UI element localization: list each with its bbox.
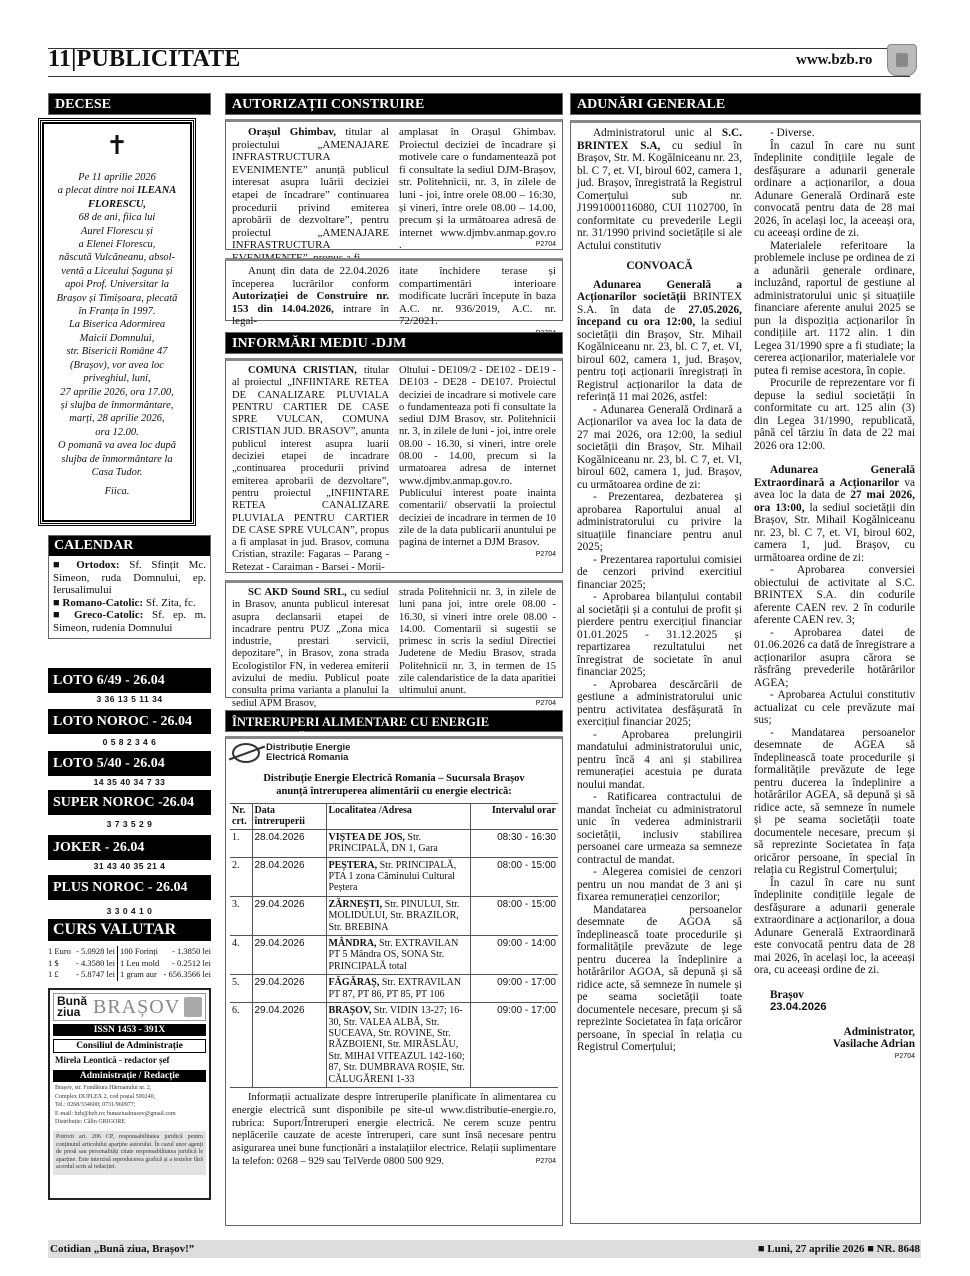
rate-row: 1 Leu mold- 0.2512 lei	[120, 958, 211, 970]
obituary-line: apoi Prof. Universitar la	[49, 278, 185, 291]
signer-title: Administrator,	[844, 1026, 915, 1038]
obituary-line: slujba de înmormântare la	[49, 453, 185, 466]
lotto-540-header: LOTO 5/40 - 26.04	[48, 751, 211, 776]
obituary-signature: Fiica.	[49, 485, 185, 498]
table-row: 3.29.04.2026ZĂRNEȘTI, Str. PINULUI, Str.…	[230, 896, 558, 935]
place: Brașov	[770, 989, 804, 1001]
rate-row: 1 £- 5.8747 lei	[48, 969, 115, 981]
obituary-line: ora 12.00.	[49, 426, 185, 439]
exchange-rates-table: 1 Euro- 5.0928 lei 1 $- 4.3580 lei 1 £- …	[48, 946, 211, 981]
table-row: 1.28.04.2026VIȘTEA DE JOS, Str. PRINCIPA…	[230, 829, 558, 857]
obituary-line: în Franța în 1997.	[49, 305, 185, 318]
obituary-line: 68 de ani, fiica lui	[49, 211, 185, 224]
ad-col-1: Orașul Ghimbav, titular al proiectului „…	[232, 126, 389, 265]
email-link[interactable]: E-mail: bzb@bzb.ro; bunaziuabrasov@gmail…	[55, 1110, 204, 1119]
table-row: 4.29.04.2026MÂNDRA, Str. EXTRAVILAN PT 5…	[230, 936, 558, 975]
issn-bar: ISSN 1453 - 391X	[53, 1024, 206, 1036]
contact-info: Brașov, str. Fundătura Hărmanului nr. 2,…	[53, 1082, 206, 1129]
obituary-line: a Elenei Florescu,	[49, 238, 185, 251]
notice-col-1: Administratorul unic al S.C. BRINTEX S.A…	[577, 127, 742, 1054]
calendar-item-romano-catolic: ■ Romano-Catolic: Sf. Zita, fc.	[53, 597, 206, 610]
section-header-decese: DECESE	[48, 93, 211, 115]
obituary-line: și slujba de înmormântare,	[49, 399, 185, 412]
col-header-data: Data întreruperii	[252, 804, 326, 830]
legal-disclaimer: Potrivit art. 206 CP, responsabilitatea …	[53, 1131, 206, 1175]
impressum-box: Bună ziua BRAȘOV ISSN 1453 - 391X Consil…	[48, 988, 211, 1200]
signer-name: Vasilache Adrian	[833, 1038, 915, 1050]
page-title: 11|PUBLICITATE	[48, 46, 241, 73]
section-header-adunari-generale: ADUNĂRI GENERALE	[570, 93, 921, 115]
board-bar: Consiliul de Administrație	[53, 1039, 206, 1053]
newspaper-logo: Bună ziua BRAȘOV	[53, 993, 206, 1021]
ad-comuna-cristian: COMUNA CRISTIAN, titular al proiectul „I…	[225, 358, 563, 573]
ad-col-2: amplasat în Orașul Ghimbav. Proiectul de…	[399, 126, 556, 265]
obituary-line: O pomană va avea loc după	[49, 439, 185, 452]
obituary-line: Aurel Florescu și	[49, 225, 185, 238]
notice-col-2: - Diverse. În cazul în care nu sunt înde…	[754, 127, 915, 1063]
loto-noroc-header: LOTO NOROC - 26.04	[48, 709, 211, 734]
table-row: 6.29.04.2026BRAȘOV, Str. VIDIN 13-27; 16…	[230, 1003, 558, 1088]
section-header-informari-mediu: INFORMĂRI MEDIU -DJM	[225, 332, 563, 354]
site-url-link[interactable]: www.bzb.ro	[796, 52, 872, 69]
distributie-energie-logo: Distribuție EnergieElectrică Romania	[226, 739, 562, 763]
col-header-adresa: Localitatea /Adresa	[326, 804, 470, 830]
col-header-interval: Intervalul orar	[470, 804, 558, 830]
obituary-line: Brașov și Timișoara, plecată	[49, 292, 185, 305]
outage-table: Nr. crt. Data întreruperii Localitatea /…	[230, 803, 558, 1088]
obituary-line: Pe 11 aprilie 2026	[49, 171, 185, 184]
section-header-calendar: CALENDAR	[49, 536, 210, 556]
obituary-line: Casa Tudor.	[49, 466, 185, 479]
convoaca-heading: CONVOACĂ	[626, 260, 692, 272]
ad-col-1: COMUNA CRISTIAN, titular al proiectul „I…	[232, 365, 389, 574]
brintex-convocation-notice: Administratorul unic al S.C. BRINTEX S.A…	[570, 120, 921, 1224]
loto-noroc-numbers: 0 5 8 2 3 4 6	[48, 737, 211, 747]
rate-row: 1 Euro- 5.0928 lei	[48, 946, 115, 958]
lotto-649-numbers: 3 36 13 5 11 34	[48, 694, 211, 704]
obituary-line: a plecat dintre noi ILEANA FLORESCU,	[49, 184, 185, 211]
table-row: 5.29.04.2026FĂGĂRAȘ, Str. EXTRAVILAN PT …	[230, 975, 558, 1003]
outage-info: Informații actualizate despre întreruper…	[226, 1088, 562, 1171]
ad-col-2: strada Politehnicii nr. 3, in zilele de …	[399, 587, 556, 710]
section-header-curs-valutar: CURS VALUTAR	[48, 919, 211, 941]
obituary-line: marți, 28 aprilie 2026,	[49, 412, 185, 425]
obituary-line: str. Bisericii Române 47	[49, 345, 185, 358]
ad-akd-sound: SC AKD Sound SRL, cu sediul in Brasov, a…	[225, 580, 563, 698]
outage-title: Distribuție Energie Electrică Romania – …	[226, 773, 562, 798]
admin-bar: Administrație / Redacție	[53, 1070, 206, 1082]
city-crest-icon	[887, 44, 917, 76]
section-header-autorizatii: AUTORIZAȚII CONSTRUIRE	[225, 93, 563, 115]
ad-col-2: itate închidere terase și compartimentăr…	[399, 265, 556, 341]
joker-header: JOKER - 26.04	[48, 835, 211, 860]
rate-row: 1 $- 4.3580 lei	[48, 958, 115, 970]
obituary-line: La Biserica Adormirea	[49, 318, 185, 331]
date: 23.04.2026	[770, 1001, 827, 1013]
power-outage-notice: Distribuție EnergieElectrică Romania Dis…	[225, 736, 563, 1226]
rate-row: 1 gram aur- 656.3566 lei	[120, 969, 211, 981]
masthead-bottom-rule	[48, 76, 910, 77]
cross-icon: ✝	[49, 133, 185, 159]
plus-noroc-numbers: 3 3 0 4 1 0	[48, 906, 211, 916]
obituary-line: 27 aprilie 2026, ora 17.00,	[49, 386, 185, 399]
lotto-540-numbers: 14 35 40 34 7 33	[48, 777, 211, 787]
obituary-line: Maicii Domnului,	[49, 332, 185, 345]
obituary-line: născută Vulcăneanu, absol-	[49, 251, 185, 264]
logo-crest-icon	[184, 997, 202, 1017]
ad-col-1: Anunț din data de 22.04.2026 începerea l…	[232, 265, 389, 341]
calendar-item-ortodox: ■ Ortodox: Sf. Sfințit Mc. Simeon, ruda …	[53, 559, 206, 597]
obituary-line: (Brașov), vor avea loc	[49, 359, 185, 372]
plus-noroc-header: PLUS NOROC - 26.04	[48, 875, 211, 900]
super-noroc-header: SUPER NOROC -26.04	[48, 790, 211, 815]
ad-col-1: SC AKD Sound SRL, cu sediul in Brasov, a…	[232, 587, 389, 710]
footer-date-issue: ■ Luni, 27 aprilie 2026 ■ NR. 8648	[758, 1240, 920, 1258]
calendar-box: CALENDAR ■ Ortodox: Sf. Sfințit Mc. Sime…	[48, 535, 211, 639]
ad-ghimbav: Orașul Ghimbav, titular al proiectului „…	[225, 119, 563, 250]
obituary-line: ventă a Liceului Șaguna și	[49, 265, 185, 278]
super-noroc-numbers: 3 7 3 5 2 9	[48, 819, 211, 829]
calendar-item-greco-catolic: ■ Greco-Catolic: Sf. ep. m. Simeon, rude…	[53, 609, 206, 634]
obituary-notice: ✝ Pe 11 aprilie 2026 a plecat dintre noi…	[38, 118, 196, 526]
joker-numbers: 31 43 40 35 21 4	[48, 861, 211, 871]
editor-line: Mirela Leontică - redactor șef	[53, 1053, 206, 1067]
ad-autorizatie-construire: Anunț din data de 22.04.2026 începerea l…	[225, 258, 563, 321]
energy-logo-icon	[232, 743, 260, 763]
ad-col-2: Oltului - DE109/2 - DE102 - DE19 - DE103…	[399, 365, 556, 574]
footer-publication: Cotidian „Bună ziua, Brașov!”	[48, 1240, 218, 1258]
obituary-line: priveghiul, luni,	[49, 372, 185, 385]
table-row: 2.28.04.2026PEȘTERA, Str. PRINCIPALĂ, PT…	[230, 857, 558, 896]
section-header-intreruperi: ÎNTRERUPERI ALIMENTARE CU ENERGIE ELECTR…	[225, 710, 563, 732]
col-header-nr: Nr. crt.	[230, 804, 252, 830]
rate-row: 100 Forinți- 1.3850 lei	[120, 946, 211, 958]
lotto-649-header: LOTO 6/49 - 26.04	[48, 668, 211, 693]
